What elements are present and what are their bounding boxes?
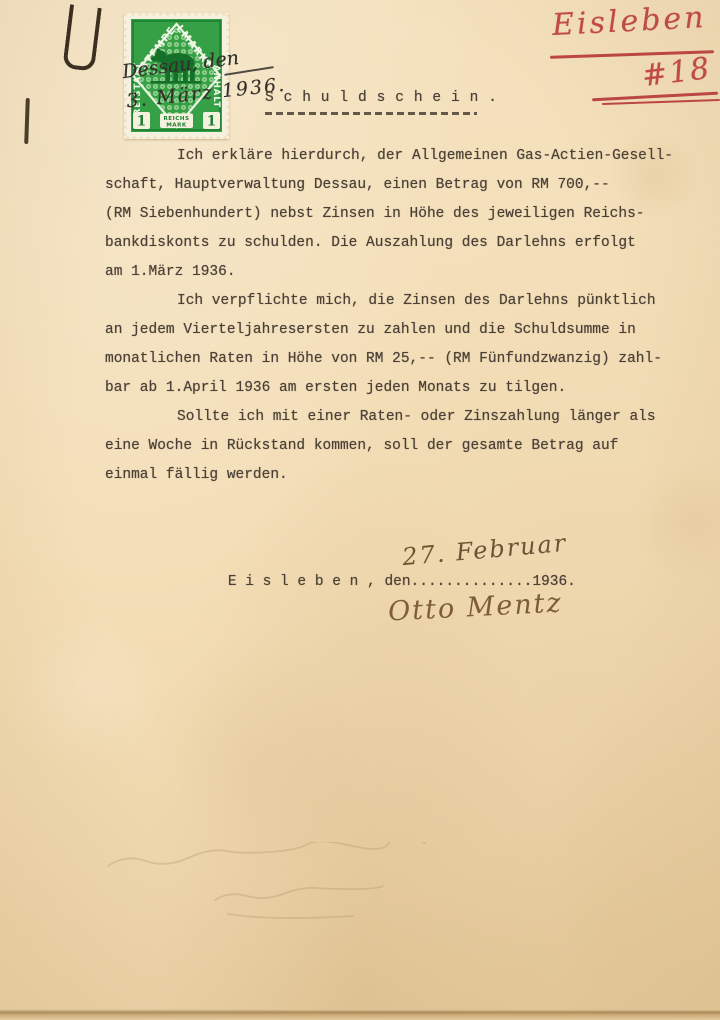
body-line: Sollte ich mit einer Raten- oder Zinszah… xyxy=(105,409,670,438)
body-line: eine Woche in Rückstand kommen, soll der… xyxy=(105,438,670,467)
body-line: Ich erkläre hierdurch, der Allgemeinen G… xyxy=(105,148,670,177)
paper-bottom-edge xyxy=(0,1009,720,1020)
red-annotation-city: Eisleben xyxy=(551,0,707,43)
document-page: STEMPELMARKE FREISTAAT ANHALT 1 1 REICHS xyxy=(0,0,720,1020)
faint-pencil-note xyxy=(100,842,490,932)
body-line: bankdiskonts zu schulden. Die Auszahlung… xyxy=(105,235,670,264)
ink-tally-mark xyxy=(24,98,29,144)
paperclip-mark xyxy=(62,4,102,71)
body-line: an jedem Vierteljahresersten zu zahlen u… xyxy=(105,322,670,351)
body-line: (RM Siebenhundert) nebst Zinsen in Höhe … xyxy=(105,206,670,235)
red-underline-number-2 xyxy=(602,99,720,105)
dateline-dots: .............. xyxy=(411,574,533,590)
stamp-value-left: 1 xyxy=(137,114,146,130)
body-line: einmal fällig werden. xyxy=(105,467,670,496)
body-line: am 1.März 1936. xyxy=(105,264,670,293)
body-line: Ich verpflichte mich, die Zinsen des Dar… xyxy=(105,293,670,322)
body-line: schaft, Hauptverwaltung Dessau, einen Be… xyxy=(105,177,670,206)
red-annotation-number: #18 xyxy=(640,51,713,94)
stamp-value-right: 1 xyxy=(207,114,216,130)
body-line: monatlichen Raten in Höhe von RM 25,-- (… xyxy=(105,351,670,380)
stamp-currency-line1: REICHS xyxy=(163,116,189,122)
dateline-place: E i s l e b e n , den xyxy=(228,574,411,590)
body-text: Ich erkläre hierdurch, der Allgemeinen G… xyxy=(105,148,670,496)
document-title: S c h u l d s c h e i n . xyxy=(265,90,498,106)
title-underline xyxy=(265,112,477,115)
body-line: bar ab 1.April 1936 am ersten jeden Mona… xyxy=(105,380,670,409)
stamp-currency-line2: MARK xyxy=(166,123,187,129)
